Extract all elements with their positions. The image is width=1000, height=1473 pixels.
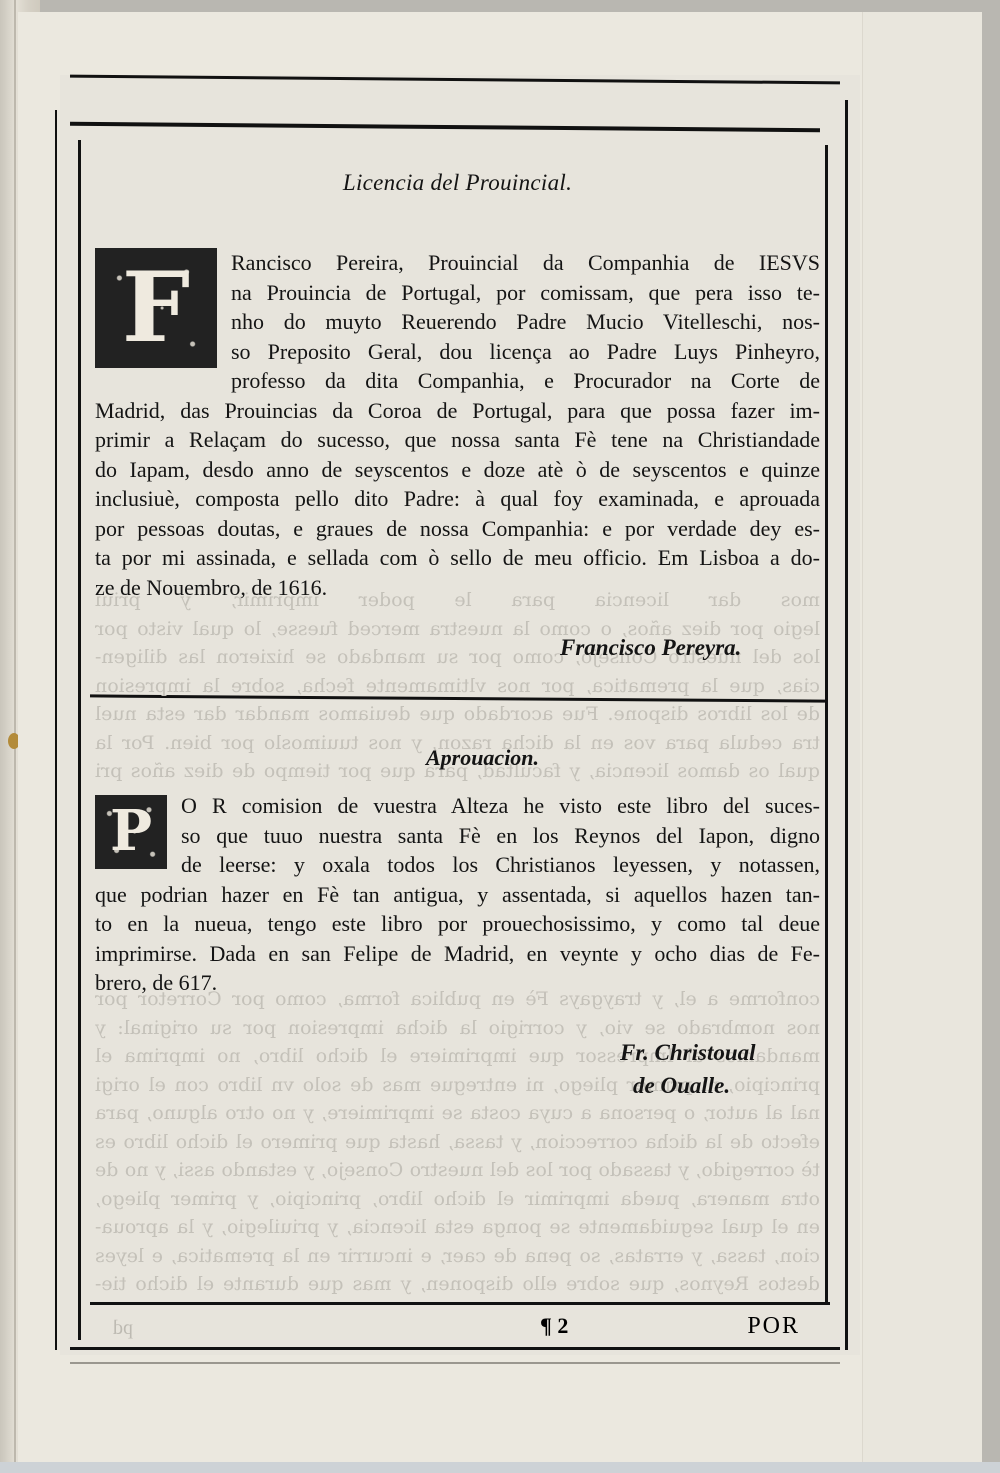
frame-right-outer-rule [845, 100, 848, 1350]
aprouacion-line: que podrian hazer en Fè tan antigua, y a… [95, 880, 820, 910]
licencia-line: ta por mi assinada, e sellada com ò sell… [95, 543, 820, 573]
aprouacion-line: so que tuuo nuestra santa Fè en los Reyn… [95, 821, 820, 851]
decorated-initial-p: P [95, 795, 167, 869]
aprouacion-line: imprimirse. Dada en san Felipe de Madrid… [95, 939, 820, 969]
text-block-bottom-rule [90, 1302, 830, 1305]
aprouacion-line: to en la nueua, tengo este libro por pro… [95, 909, 820, 939]
frame-left-inner-rule [78, 140, 81, 1340]
licencia-line: inclusiuè, composta pello dito Padre: à … [95, 484, 820, 514]
frame-right-inner-rule [825, 145, 828, 1305]
show-through-line: tè corregido, y tassado por los del nues… [95, 1156, 820, 1185]
drop-cap-letter: F [122, 293, 190, 323]
licencia-signature: Francisco Pereyra. [560, 635, 741, 661]
frame-bottom-rule [70, 1347, 840, 1350]
show-through-text: conforme a el, y traygays Fè en publica … [95, 985, 820, 1300]
licencia-line: ze de Nouembro, de 1616. [95, 573, 820, 603]
licencia-line: do Iapam, desdo anno de seyscentos e doz… [95, 455, 820, 485]
decorated-initial-f: F [95, 248, 217, 368]
show-through-line: de los libros dispone. Fue acordado que … [95, 700, 820, 729]
licencia-line: primir a Relaçam do sucesso, que nossa s… [95, 425, 820, 455]
aprouacion-signature-line-1: Fr. Christoual [620, 1040, 756, 1066]
show-through-line: otra manera, pueda imprimir el dicho lib… [95, 1185, 820, 1214]
drop-cap-letter: P [110, 817, 152, 847]
licencia-body: F Rancisco Pereira, Prouincial da Compan… [95, 248, 820, 602]
frame-left-outer-rule [55, 110, 57, 1350]
aprouacion-line: brero, de 617. [95, 968, 820, 998]
show-through-line: cias, que la prematica, por nos vltimame… [95, 672, 820, 697]
aprouacion-line: de leerse: y oxala todos los Christianos… [95, 850, 820, 880]
aprouacion-section: Aprouacion. P O R comision de vuestra Al… [95, 745, 820, 998]
licencia-line: professo da dita Companhia, e Procurador… [95, 366, 820, 396]
show-through-line: nos nombrado se vio, y corrigio la dicha… [95, 1014, 820, 1043]
aprouacion-heading: Aprouacion. [95, 745, 820, 771]
show-through-line: nal al autor, o persona a cuya costa se … [95, 1099, 820, 1128]
show-through-line: destos Reynos, que sobre ello disponen, … [95, 1270, 820, 1299]
mirrored-page-fragment: pd [113, 1317, 133, 1340]
frame-bottom-faint-rule [70, 1362, 840, 1364]
page-bottom-shadow [0, 1462, 1000, 1473]
licencia-line: Madrid, das Prouincias da Coroa de Portu… [95, 396, 820, 426]
aprouacion-line: O R comision de vuestra Alteza he visto … [95, 791, 820, 821]
page-footer: pd ¶ 2 POR [95, 1313, 800, 1343]
aprouacion-signature-line-2: de Oualle. [633, 1073, 730, 1099]
licencia-heading: Licencia del Prouincial. [95, 170, 820, 196]
catchword: POR [747, 1313, 800, 1340]
licencia-section: Licencia del Prouincial. F Rancisco Pere… [95, 170, 820, 602]
show-through-line: en el qual seguidamente se ponga esta li… [95, 1213, 820, 1242]
aprouacion-body: P O R comision de vuestra Alteza he vist… [95, 791, 820, 998]
show-through-line: efecto de la dicha correccion, y tassa, … [95, 1128, 820, 1157]
show-through-line: cion, tassa, y erratas, so pena de caer,… [95, 1242, 820, 1271]
page-margin-strip [862, 12, 982, 1462]
signature-mark: ¶ 2 [540, 1313, 568, 1339]
licencia-line: por pessoas doutas, e graues de nossa Co… [95, 514, 820, 544]
